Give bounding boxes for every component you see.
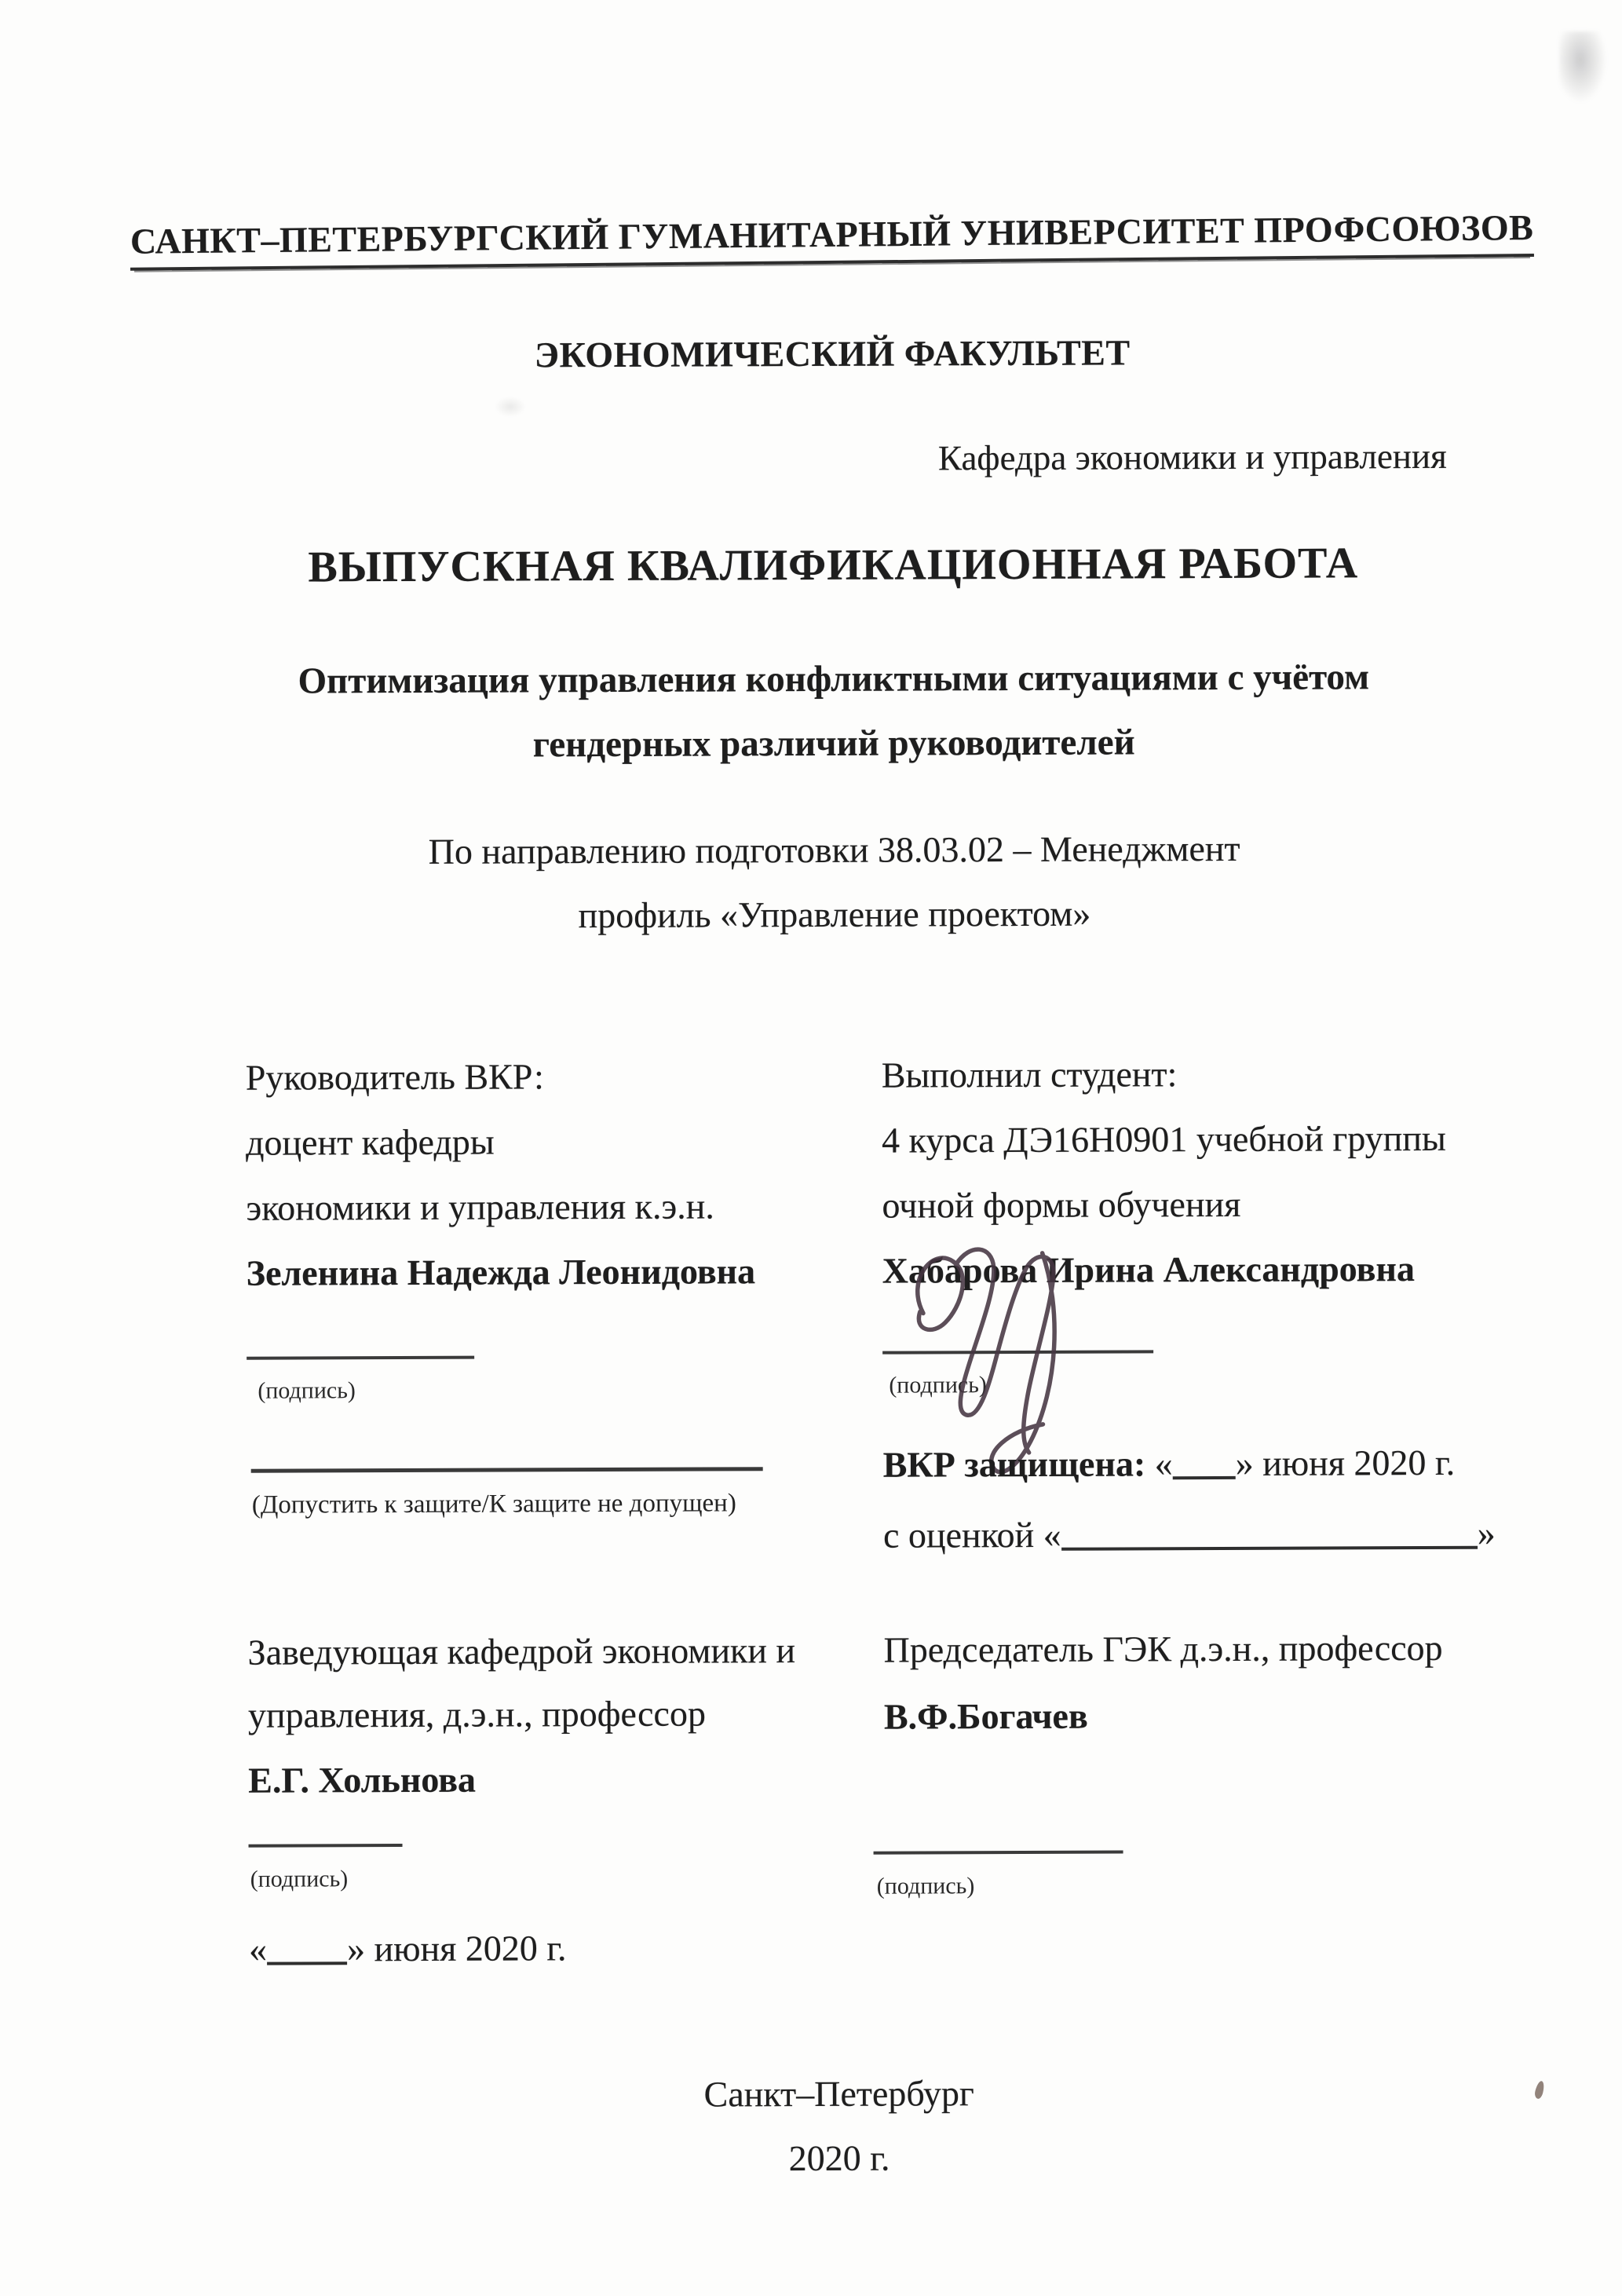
hod-title-line2: управления, д.э.н., профессор — [248, 1693, 706, 1736]
defense-label: ВКР защищена: — [883, 1443, 1146, 1484]
grade-blank — [1061, 1515, 1478, 1551]
chair-signature-line — [874, 1850, 1123, 1854]
student-heading: Выполнил студент: — [882, 1053, 1178, 1095]
hod-name: Е.Г. Хольнова — [248, 1759, 476, 1801]
grade-quote-close: » — [1478, 1513, 1496, 1553]
defense-grade-line: с оценкой «» — [883, 1512, 1496, 1556]
hod-date-quote-open: « — [249, 1929, 267, 1969]
advisor-signature-caption: (подпись) — [258, 1377, 356, 1404]
advisor-position-line1: доцент кафедры — [246, 1121, 495, 1164]
grade-label: с оценкой « — [883, 1515, 1061, 1556]
student-signature-line — [882, 1350, 1153, 1354]
hod-date-tail: » июня 2020 г. — [347, 1928, 567, 1969]
thesis-topic-line1: Оптимизация управления конфликтными ситу… — [46, 655, 1621, 704]
work-type-title: ВЫПУСКНАЯ КВАЛИФИКАЦИОННАЯ РАБОТА — [46, 537, 1620, 594]
scanned-title-page: САНКТ–ПЕТЕРБУРГСКИЙ ГУМАНИТАРНЫЙ УНИВЕРС… — [0, 0, 1622, 2296]
hod-date-line: «» июня 2020 г. — [249, 1926, 567, 1970]
study-program: По направлению подготовки 38.03.02 – Мен… — [47, 826, 1622, 874]
footer-year: 2020 г. — [52, 2134, 1622, 2182]
advisor-name: Зеленина Надежда Леонидовна — [247, 1250, 756, 1293]
defense-quote-open: « — [1155, 1443, 1173, 1483]
university-name: САНКТ–ПЕТЕРБУРГСКИЙ ГУМАНИТАРНЫЙ УНИВЕРС… — [44, 206, 1620, 272]
scan-smudge-top-right — [1559, 31, 1606, 102]
hod-title-line1: Заведующая кафедрой экономики и — [247, 1629, 795, 1673]
advisor-heading: Руководитель ВКР: — [246, 1055, 544, 1098]
chair-name: В.Ф.Богачев — [884, 1695, 1088, 1738]
student-signature-caption: (подпись) — [889, 1372, 987, 1398]
admission-caption: (Допустить к защите/К защите не допущен) — [252, 1489, 736, 1519]
advisor-position-line2: экономики и управления к.э.н. — [246, 1185, 714, 1228]
faculty-name: ЭКОНОМИЧЕСКИЙ ФАКУЛЬТЕТ — [45, 330, 1620, 378]
hod-signature-caption: (подпись) — [250, 1866, 349, 1892]
department-name: Кафедра экономики и управления — [938, 436, 1447, 478]
footer-city: Санкт–Петербург — [52, 2070, 1622, 2118]
advisor-signature-line — [247, 1356, 474, 1360]
chair-title-line: Председатель ГЭК д.э.н., профессор — [883, 1627, 1442, 1671]
hod-date-blank — [267, 1931, 347, 1965]
defense-tail: » июня 2020 г. — [1236, 1442, 1456, 1483]
defense-date-line: ВКР защищена: «» июня 2020 г. — [883, 1441, 1456, 1486]
chair-signature-caption: (подпись) — [877, 1873, 975, 1899]
defense-day-blank — [1173, 1446, 1236, 1479]
student-study-form: очной формы обучения — [882, 1183, 1240, 1227]
student-group-line: 4 курса ДЭ16Н0901 учебной группы — [882, 1117, 1446, 1161]
study-profile: профиль «Управление проектом» — [47, 890, 1622, 938]
hod-signature-line — [249, 1844, 403, 1848]
student-name: Хабарова Ирина Александровна — [882, 1248, 1415, 1292]
document-sheet: САНКТ–ПЕТЕРБУРГСКИЙ ГУМАНИТАРНЫЙ УНИВЕРС… — [0, 0, 1622, 2296]
admission-decision-line — [251, 1467, 763, 1473]
thesis-topic-line2: гендерных различий руководителей — [46, 719, 1621, 768]
scan-smudge-faint — [495, 397, 526, 417]
